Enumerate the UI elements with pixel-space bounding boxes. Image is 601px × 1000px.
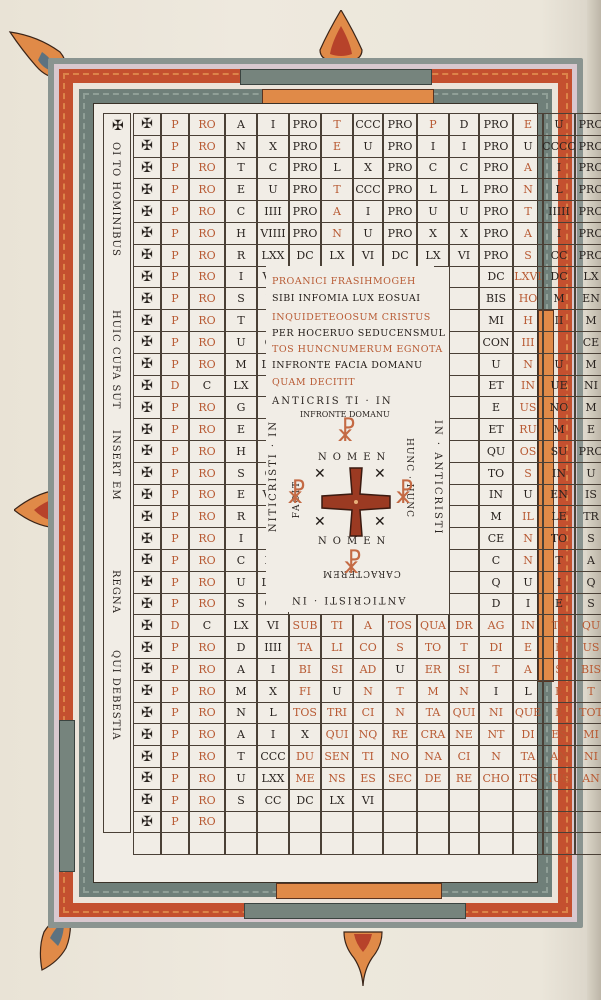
grid-cell: X	[257, 680, 289, 703]
poem-line-4: PER HOCERUO SEDUCENSMUL	[272, 328, 445, 339]
grid-cell: P	[161, 593, 189, 616]
grid-cell: TA	[417, 702, 449, 725]
grid-cell: E	[543, 702, 575, 725]
grid-cell: P	[161, 396, 189, 419]
grid-cell: D	[161, 375, 189, 398]
grid-cell: I	[543, 571, 575, 594]
grid-cell: ✠	[133, 331, 161, 354]
grid-cell: CCC	[353, 178, 383, 201]
grid-cell: LXVI	[513, 266, 543, 289]
grid-cell	[449, 549, 479, 572]
grid-cell: BIS	[479, 287, 513, 310]
grid-cell: E	[513, 113, 543, 136]
grid-cell: LXX	[257, 767, 289, 790]
grid-cell: RE	[449, 767, 479, 790]
side-label-1: OI TO HOMINIBUS	[110, 142, 121, 257]
grid-cell: QUE	[513, 702, 543, 725]
grid-cell: RO	[189, 811, 225, 834]
grid-cell: SUB	[289, 614, 321, 637]
grid-cell: ET	[479, 375, 513, 398]
grid-cell: NS	[321, 767, 353, 790]
grid-cell: U	[575, 462, 601, 485]
grid-cell: ✠	[133, 287, 161, 310]
grid-cell: RO	[189, 244, 225, 267]
grid-cell: SI	[449, 658, 479, 681]
grid-cell: RO	[189, 527, 225, 550]
grid-cell	[417, 789, 449, 812]
grid-cell: P	[161, 113, 189, 136]
grid-cell: M	[575, 396, 601, 419]
grid-cell: CC	[257, 789, 289, 812]
grid-cell	[449, 505, 479, 528]
grid-cell: IS	[575, 484, 601, 507]
grid-cell	[449, 287, 479, 310]
grid-cell: P	[161, 418, 189, 441]
grid-cell: R	[225, 244, 257, 267]
small-cross-sw-icon: ✕	[314, 514, 326, 530]
grid-cell	[225, 811, 257, 834]
grid-cell	[449, 571, 479, 594]
grid-cell: ✠	[133, 353, 161, 376]
grid-cell: PRO	[289, 178, 321, 201]
grid-cell: U	[449, 200, 479, 223]
grid-cell	[479, 811, 513, 834]
grid-cell: ✠	[133, 418, 161, 441]
chi-rho-top-icon: ☧	[336, 418, 356, 448]
grid-cell: QU	[479, 440, 513, 463]
grid-cell: E	[321, 135, 353, 158]
grid-cell	[449, 396, 479, 419]
grid-cell: CCC	[353, 113, 383, 136]
grid-cell: P	[161, 636, 189, 659]
grid-cell: VI	[257, 614, 289, 637]
grid-cell: N	[513, 178, 543, 201]
grid-cell: H	[225, 222, 257, 245]
grid-cell: VI	[449, 244, 479, 267]
poem-line-1: PROANICI FRASIHMOGEH	[272, 276, 416, 287]
grid-cell: IUS	[543, 767, 575, 790]
grid-cell: C	[257, 157, 289, 180]
grid-cell: ES	[353, 767, 383, 790]
grid-cell: ES	[543, 723, 575, 746]
grid-cell	[513, 789, 543, 812]
grid-cell: P	[161, 440, 189, 463]
grid-cell: Q	[479, 571, 513, 594]
grid-cell	[449, 789, 479, 812]
grid-cell: P	[161, 178, 189, 201]
grid-cell: RO	[189, 353, 225, 376]
grid-cell: DC	[383, 244, 417, 267]
grid-cell: E	[543, 593, 575, 616]
cross-left-vertical: NITICRISTI · IN	[268, 420, 279, 532]
grid-cell	[449, 811, 479, 834]
grid-cell: QUA	[417, 614, 449, 637]
grid-cell: P	[161, 571, 189, 594]
grid-cell: Q	[575, 571, 601, 594]
grid-cell: SEC	[383, 767, 417, 790]
grid-cell: RO	[189, 157, 225, 180]
grid-cell: NQ	[353, 723, 383, 746]
grid-cell: S	[225, 789, 257, 812]
grid-cell	[133, 832, 161, 855]
grid-cell: P	[161, 527, 189, 550]
grid-cell: ✠	[133, 614, 161, 637]
grid-cell: ✠	[133, 244, 161, 267]
grid-cell	[449, 331, 479, 354]
grid-cell: ✠	[133, 309, 161, 332]
grid-cell: U	[383, 658, 417, 681]
grid-cell: TA	[543, 614, 575, 637]
grid-cell: C	[189, 614, 225, 637]
grid-cell: IN	[513, 614, 543, 637]
interlace-segment-grey-bottom	[244, 903, 466, 919]
grid-cell: I	[449, 135, 479, 158]
grid-cell: CCCC	[543, 135, 575, 158]
grid-cell: T	[225, 745, 257, 768]
grid-cell: PRO	[575, 440, 601, 463]
grid-cell	[225, 832, 257, 855]
grid-cell	[289, 832, 321, 855]
grid-cell	[353, 811, 383, 834]
grid-cell	[575, 811, 601, 834]
grid-cell: BIS	[575, 658, 601, 681]
grid-cell: RO	[189, 200, 225, 223]
grid-cell: X	[353, 157, 383, 180]
grid-cell: T	[225, 157, 257, 180]
grid-cell: P	[161, 767, 189, 790]
grid-cell: RO	[189, 505, 225, 528]
grid-cell	[479, 789, 513, 812]
grid-cell: B	[543, 636, 575, 659]
grid-cell: ✠	[133, 200, 161, 223]
grid-cell: P	[161, 789, 189, 812]
grid-cell: NO	[543, 396, 575, 419]
grid-cell	[543, 789, 575, 812]
grid-cell: ME	[289, 767, 321, 790]
grid-cell: I	[257, 658, 289, 681]
grid-cell	[417, 832, 449, 855]
grid-cell: RO	[189, 767, 225, 790]
grid-cell: TI	[353, 745, 383, 768]
grid-cell: T	[449, 636, 479, 659]
grid-cell: TA	[513, 745, 543, 768]
grid-cell: RO	[189, 396, 225, 419]
grid-cell	[353, 832, 383, 855]
grid-cell: A	[225, 723, 257, 746]
grid-cell: RO	[189, 178, 225, 201]
grid-cell: VI	[353, 789, 383, 812]
side-label-2: HUIC CUFA SUT	[110, 310, 121, 409]
grid-cell: CC	[543, 244, 575, 267]
grid-cell: U	[543, 113, 575, 136]
grid-cell: SEN	[321, 745, 353, 768]
grid-cell: D	[161, 614, 189, 637]
grid-cell: PRO	[575, 222, 601, 245]
grid-cell: P	[161, 745, 189, 768]
grid-cell: L	[417, 178, 449, 201]
grid-cell: ✠	[133, 178, 161, 201]
grid-cell: US	[513, 396, 543, 419]
cross-word-top: NOMEN	[318, 452, 391, 463]
grid-cell: E	[225, 178, 257, 201]
grid-cell: RO	[189, 484, 225, 507]
grid-cell: ✠	[133, 549, 161, 572]
grid-cell: PRO	[383, 200, 417, 223]
grid-cell: S	[513, 462, 543, 485]
grid-cell: P	[161, 309, 189, 332]
grid-cell: NI	[575, 745, 601, 768]
grid-cell: IN	[513, 375, 543, 398]
grid-cell: IN	[543, 462, 575, 485]
grid-cell: S	[513, 244, 543, 267]
grid-cell: M	[575, 309, 601, 332]
grid-cell: S	[543, 658, 575, 681]
grid-cell: M	[543, 418, 575, 441]
grid-cell: RO	[189, 636, 225, 659]
grid-cell	[479, 832, 513, 855]
grid-cell: PRO	[575, 178, 601, 201]
interlace-segment-orange-bottom	[276, 883, 442, 899]
grid-cell: N	[383, 702, 417, 725]
grid-cell: E	[479, 396, 513, 419]
grid-cell: ✠	[133, 135, 161, 158]
grid-cell: PRO	[289, 200, 321, 223]
grid-cell: CRA	[417, 723, 449, 746]
grid-cell: M	[417, 680, 449, 703]
grid-cell: E	[543, 680, 575, 703]
grid-cell: CE	[479, 527, 513, 550]
grid-cell: P	[161, 549, 189, 572]
grid-cell	[289, 811, 321, 834]
grid-cell: ✠	[133, 113, 161, 136]
grid-cell: ✠	[133, 767, 161, 790]
grid-cell: TI	[321, 614, 353, 637]
grid-cell: M	[225, 680, 257, 703]
grid-cell: I	[225, 266, 257, 289]
grid-cell: X	[417, 222, 449, 245]
grid-cell: TOS	[383, 614, 417, 637]
grid-cell: P	[417, 113, 449, 136]
grid-cell: C	[449, 157, 479, 180]
grid-cell: VI	[353, 244, 383, 267]
grid-cell: QU	[575, 614, 601, 637]
grid-cell: A	[225, 658, 257, 681]
grid-cell: S	[575, 593, 601, 616]
grid-cell: T	[513, 200, 543, 223]
grid-cell: C	[417, 157, 449, 180]
grid-cell: TR	[575, 505, 601, 528]
grid-cell: PRO	[383, 113, 417, 136]
side-label-5: QUI DEBESTIA	[110, 650, 121, 740]
grid-cell: ER	[417, 658, 449, 681]
grid-cell: N	[513, 549, 543, 572]
grid-cell: P	[161, 723, 189, 746]
grid-cell: D	[225, 636, 257, 659]
grid-cell	[449, 440, 479, 463]
small-cross-ne-icon: ✕	[374, 466, 386, 482]
grid-cell	[321, 832, 353, 855]
grid-cell: A	[513, 658, 543, 681]
grid-cell: P	[161, 811, 189, 834]
grid-cell	[449, 484, 479, 507]
grid-cell: PRO	[289, 113, 321, 136]
grid-cell: PRO	[575, 135, 601, 158]
grid-cell: N	[449, 680, 479, 703]
grid-cell: P	[161, 702, 189, 725]
grid-cell: FI	[289, 680, 321, 703]
grid-cell: ✠	[133, 222, 161, 245]
grid-cell: ✠	[133, 375, 161, 398]
grid-cell: CI	[353, 702, 383, 725]
grid-cell: ✠	[133, 440, 161, 463]
grid-cell: S	[225, 287, 257, 310]
grid-cell: RU	[513, 418, 543, 441]
grid-cell: MI	[479, 309, 513, 332]
grid-cell: QUI	[321, 723, 353, 746]
grid-cell: T	[543, 549, 575, 572]
grid-cell: U	[353, 135, 383, 158]
grid-cell: PRO	[383, 157, 417, 180]
grid-cell: EN	[575, 287, 601, 310]
grid-cell: AN	[543, 745, 575, 768]
grid-cell: RO	[189, 440, 225, 463]
grid-cell	[449, 375, 479, 398]
grid-cell: ITS	[513, 767, 543, 790]
grid-cell	[449, 527, 479, 550]
grid-cell: ✠	[133, 396, 161, 419]
grid-cell: T	[383, 680, 417, 703]
grid-cell: DU	[289, 745, 321, 768]
grid-cell: DI	[513, 723, 543, 746]
poem-line-2: SIBI INFOMIA LUX EOSUAI	[272, 293, 420, 304]
grid-cell: P	[161, 680, 189, 703]
grid-cell: N	[225, 135, 257, 158]
grid-cell: D	[449, 113, 479, 136]
grid-cell: LX	[321, 789, 353, 812]
grid-cell	[449, 353, 479, 376]
grid-cell: NE	[449, 723, 479, 746]
chi-rho-left-icon: ☧	[286, 480, 306, 510]
grid-cell: SU	[543, 440, 575, 463]
grid-cell: PRO	[479, 200, 513, 223]
grid-cell: L	[513, 680, 543, 703]
grid-cell: T	[321, 178, 353, 201]
grid-cell	[449, 593, 479, 616]
grid-cell: P	[161, 462, 189, 485]
grid-cell: ✠	[133, 266, 161, 289]
grid-cell: RO	[189, 549, 225, 572]
grid-cell: PRO	[575, 157, 601, 180]
grid-cell: RO	[189, 309, 225, 332]
grid-cell: S	[575, 527, 601, 550]
grid-cell: M	[543, 287, 575, 310]
grid-cell: M	[225, 353, 257, 376]
grid-cell: TO	[479, 462, 513, 485]
grid-cell	[383, 811, 417, 834]
grid-cell: U	[225, 767, 257, 790]
grid-cell: ✠	[133, 484, 161, 507]
small-cross-se-icon: ✕	[374, 514, 386, 530]
chi-rho-bottom-icon: ☧	[342, 550, 362, 580]
grid-cell: NI	[575, 375, 601, 398]
grid-cell	[543, 811, 575, 834]
grid-cell: ✠	[133, 811, 161, 834]
grid-cell: N	[479, 745, 513, 768]
grid-cell: U	[321, 680, 353, 703]
grid-cell: II	[543, 309, 575, 332]
grid-cell: A	[225, 113, 257, 136]
grid-cell: LE	[543, 505, 575, 528]
grid-cell: PRO	[383, 178, 417, 201]
grid-cell: LX	[225, 614, 257, 637]
grid-cell	[575, 832, 601, 855]
grid-cell: X	[257, 135, 289, 158]
grid-cell: AG	[479, 614, 513, 637]
grid-cell: P	[161, 157, 189, 180]
grid-cell: SI	[321, 658, 353, 681]
grid-cell: N	[353, 680, 383, 703]
grid-cell: IIII	[257, 200, 289, 223]
grid-cell: I	[543, 157, 575, 180]
grid-cell: T	[575, 680, 601, 703]
grid-cell: RO	[189, 702, 225, 725]
grid-cell	[543, 331, 575, 354]
grid-cell: T	[321, 113, 353, 136]
grid-cell: PRO	[479, 222, 513, 245]
grid-cell: ✠	[133, 702, 161, 725]
grid-cell: N	[225, 702, 257, 725]
grid-cell: P	[161, 135, 189, 158]
grid-cell: U	[513, 484, 543, 507]
grid-cell: TA	[289, 636, 321, 659]
grid-cell: PRO	[289, 222, 321, 245]
grid-cell: DC	[289, 789, 321, 812]
grid-cell	[449, 832, 479, 855]
grid-cell: DR	[449, 614, 479, 637]
grid-cell: NO	[383, 745, 417, 768]
grid-cell: LX	[225, 375, 257, 398]
grid-cell: PRO	[479, 178, 513, 201]
grid-cell: L	[449, 178, 479, 201]
grid-cell: ET	[479, 418, 513, 441]
grid-cell: C	[479, 549, 513, 572]
grid-cell: E	[513, 636, 543, 659]
grid-cell: RE	[383, 723, 417, 746]
grid-cell	[449, 418, 479, 441]
grid-cell: I	[513, 593, 543, 616]
grid-cell: P	[161, 353, 189, 376]
grid-cell: TO	[417, 636, 449, 659]
grid-cell: S	[225, 462, 257, 485]
grid-cell: U	[225, 571, 257, 594]
grid-cell: I	[479, 680, 513, 703]
grid-cell: LX	[575, 266, 601, 289]
grid-cell: A	[321, 200, 353, 223]
grid-cell: U	[257, 178, 289, 201]
grid-cell: P	[161, 484, 189, 507]
grid-cell	[449, 266, 479, 289]
grid-cell: ✠	[133, 680, 161, 703]
grid-cell: P	[161, 200, 189, 223]
chi-rho-right-icon: ☧	[394, 480, 414, 510]
grid-cell: IN	[479, 484, 513, 507]
grid-cell: RO	[189, 745, 225, 768]
grid-cell: U	[417, 200, 449, 223]
grid-cell	[513, 832, 543, 855]
grid-cell: P	[161, 287, 189, 310]
grid-cell: CI	[449, 745, 479, 768]
grid-cell: NT	[479, 723, 513, 746]
